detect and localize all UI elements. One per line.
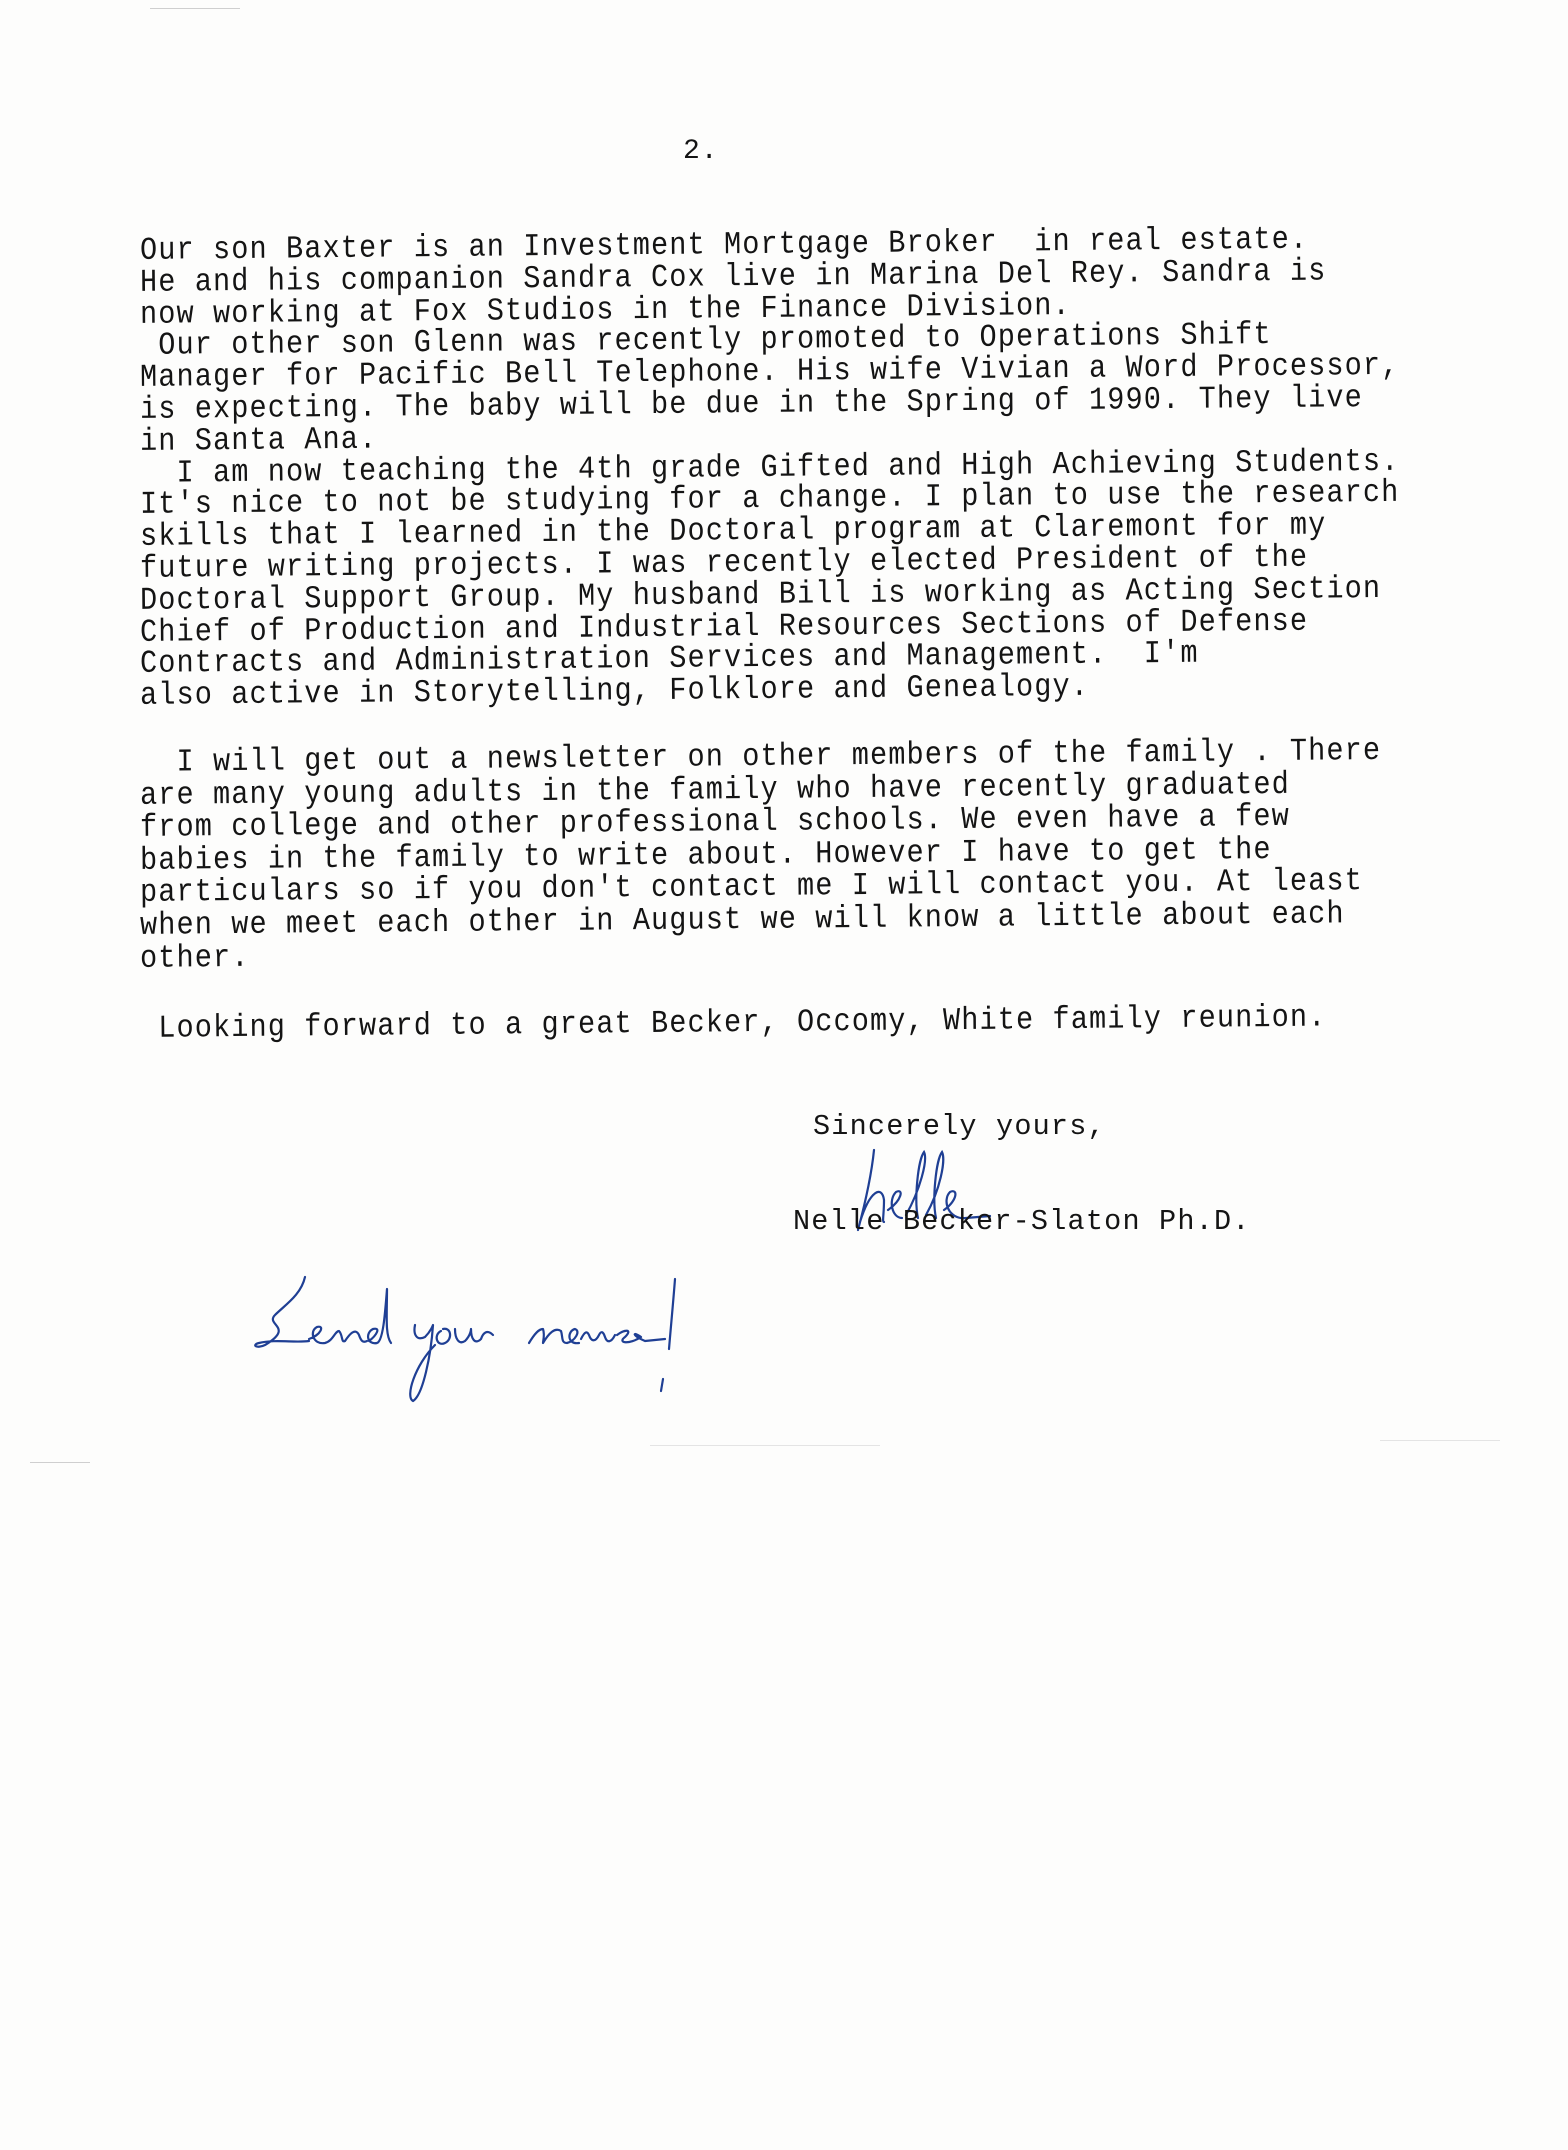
scan-artifact	[30, 1462, 90, 1463]
page-number: 2.	[683, 136, 719, 167]
body-line: Looking forward to a great Becker, Occom…	[140, 999, 1327, 1047]
scan-artifact	[150, 8, 240, 9]
handwritten-postscript: Send your news!	[245, 1265, 925, 1415]
scan-artifact	[1380, 1440, 1500, 1441]
body-line: also active in Storytelling, Folklore an…	[140, 668, 1089, 714]
body-line: other.	[140, 939, 250, 977]
letter-page: 2. Our son Baxter is an Investment Mortg…	[0, 0, 1568, 2150]
signatory-name: Nelle Becker-Slaton Ph.D.	[793, 1205, 1251, 1238]
scan-artifact	[650, 1445, 880, 1446]
